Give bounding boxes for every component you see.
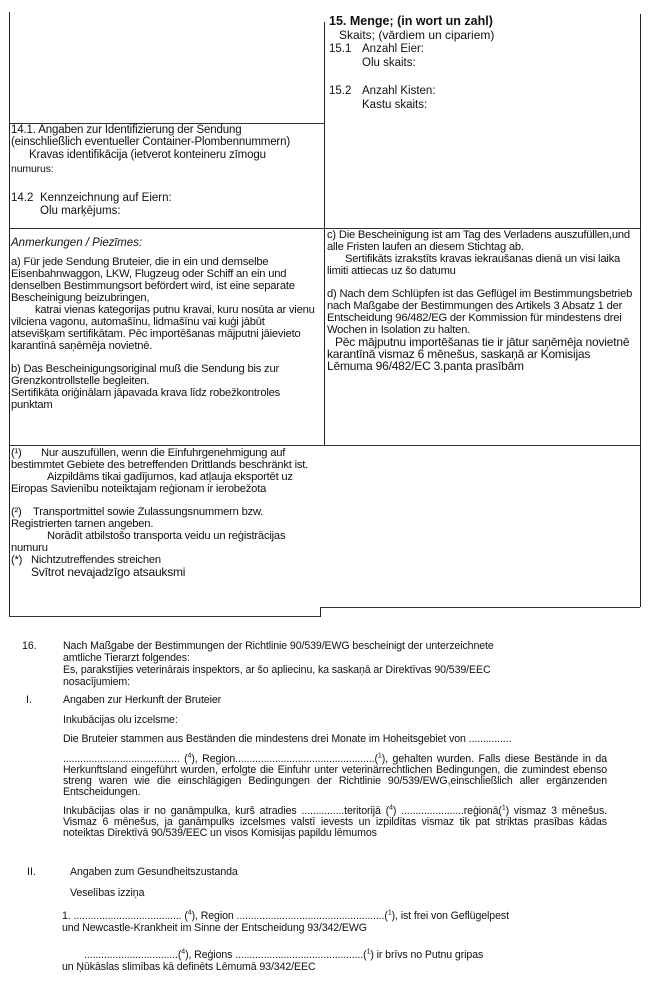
footnote-2-mark: (²)	[11, 506, 33, 518]
section-16-intro-de: Nach Maßgabe der Bestimmungen der Richtl…	[63, 640, 523, 664]
note-a-de: a) Für jede Sendung Bruteier, die in ein…	[11, 256, 321, 304]
part-2-health: Angaben zum Gesundheitszustanda Veselība…	[70, 866, 610, 899]
part-2-p2-text: ) ir brīvs no Putnu gripas	[370, 949, 483, 961]
footnote-1-mark: (¹)	[11, 447, 41, 459]
section-14-1-line2: (einschließlich eventueller Container-Pl…	[11, 136, 323, 148]
section-14-2-number: 14.2	[11, 192, 33, 204]
section-15-quantity: 15. Menge; (in wort un zahl) Skaits; (vā…	[329, 14, 629, 112]
section-14-1-line4: numurus:	[11, 162, 323, 177]
part-1-title-de: Angaben zur Herkunft der Bruteier	[63, 694, 607, 706]
table-footnote-right-join	[320, 607, 321, 617]
note-b-lv: Sertifikāta oriģinālam jāpavada krava lī…	[11, 387, 321, 411]
part-2-p1-line2: und Newcastle-Krankheit im Sinne der Ent…	[62, 922, 622, 934]
footnote-3-mark: (*)	[11, 554, 31, 566]
part-1-paragraph-de: ........................................…	[63, 754, 607, 798]
section-14-2-label-lv: Olu marķējums:	[40, 205, 121, 217]
section-16-intro: Nach Maßgabe der Bestimmungen der Richtl…	[63, 640, 603, 688]
part-1-title-lv: Inkubācijas olu izcelsme:	[63, 714, 607, 726]
part-2-p2-line1: .................................(4), Re…	[62, 949, 622, 961]
section-15-2-label-lv: Kastu skaits:	[362, 98, 427, 112]
section-15-1-label-de: Anzahl Eier:	[362, 42, 424, 56]
part-2-lv-blank-region: ), Reģions .............................…	[185, 949, 367, 961]
footnote-2-de: (²)Transportmittel sowie Zulassungsnumme…	[11, 506, 319, 530]
table-right-border	[640, 14, 641, 607]
section-15-2-label-de: Anzahl Kisten:	[362, 84, 436, 98]
notes-right-column: c) Die Bescheinigung ist am Tag des Verl…	[327, 229, 638, 372]
note-d-lv: Pēc mājputnu importēšanas tie ir jātur s…	[327, 336, 638, 372]
table-bottom-border-right	[320, 607, 640, 608]
footnote-1-de: (¹)Nur auszufüllen, wenn die Einfuhrgene…	[11, 447, 319, 471]
row-divider-footnotes	[9, 445, 641, 446]
section-15-title: 15. Menge; (in wort un zahl)	[329, 14, 629, 28]
section-15-subtitle: Skaits; (vārdiem un cipariem)	[329, 28, 629, 42]
section-16-intro-lv: Es, parakstījies veterinārais inspektors…	[63, 664, 523, 688]
section-15-1: 15.1 Anzahl Eier: Olu skaits:	[329, 42, 629, 70]
section-15-1-number: 15.1	[329, 42, 351, 56]
section-14-2-egg-marking: 14.2 Kennzeichnung auf Eiern: Olu marķēj…	[11, 192, 323, 222]
table-left-border	[9, 12, 10, 617]
part-2-title-lv: Veselības izziņa	[70, 887, 610, 899]
footnotes-block: (¹)Nur auszufüllen, wenn die Einfuhrgene…	[11, 447, 319, 579]
part-2-title-de: Angaben zum Gesundheitszustanda	[70, 866, 610, 878]
part-2-blank-country: 1. .....................................…	[62, 910, 188, 922]
part-2-blank-region: ), Region ..............................…	[192, 910, 388, 922]
footnote-1-lv: Aizpildāms tikai gadījumos, kad atļauja …	[11, 471, 319, 495]
part-2-statement-1: 1. .....................................…	[62, 910, 622, 973]
note-b-de: b) Das Bescheinigungsoriginal muß die Se…	[11, 363, 321, 387]
note-c-lv: Sertifikāts izrakstīts kravas iekraušana…	[327, 253, 638, 277]
section-14-1-consignment-id: 14.1. Angaben zur Identifizierung der Se…	[11, 125, 323, 177]
part-1-paragraph-lv: Inkubācijas olas ir no ganāmpulka, kurš …	[63, 806, 607, 839]
part-2-lv-blank-country: .................................(	[84, 949, 181, 961]
notes-left-column: Anmerkungen / Piezīmes: a) Für jede Send…	[11, 236, 321, 411]
section-15-2: 15.2 Anzahl Kisten: Kastu skaits:	[329, 84, 629, 112]
note-d-de: d) Nach dem Schlüpfen ist das Geflügel i…	[327, 288, 638, 336]
note-c-de: c) Die Bescheinigung ist am Tag des Verl…	[327, 229, 638, 253]
section-16-number: 16.	[22, 640, 37, 652]
part-2-p2-line2: un Ņūkāslas slimības kā definēts Lēmumā …	[62, 961, 622, 973]
part-2-p1-line1: 1. .....................................…	[62, 910, 622, 922]
footnote-3-lv: Svītrot nevajadzīgo atsauksmi	[11, 566, 319, 579]
section-15-2-number: 15.2	[329, 84, 351, 98]
section-14-2-label-de: Kennzeichnung auf Eiern:	[40, 192, 172, 204]
table-bottom-border-left	[9, 616, 320, 617]
part-2-p1-text: ), ist frei von Geflügelpest	[392, 910, 509, 922]
footnote-1-de-text: Nur auszufüllen, wenn die Einfuhrgenehmi…	[11, 447, 308, 471]
table-center-divider	[324, 22, 325, 445]
notes-heading: Anmerkungen / Piezīmes:	[11, 236, 321, 250]
section-15-1-label-lv: Olu skaits:	[362, 56, 416, 70]
part-1-origin: Angaben zur Herkunft der Bruteier Inkubā…	[63, 694, 607, 839]
section-14-1-line1: 14.1. Angaben zur Identifizierung der Se…	[11, 125, 323, 136]
note-a-lv: katrai vienas kategorijas putnu kravai, …	[11, 304, 321, 352]
part-2-number: II.	[27, 866, 36, 878]
footnote-2-lv: Norādīt atbilstošo transporta veidu un r…	[11, 530, 319, 554]
part-1-number: I.	[26, 694, 32, 706]
section-14-1-line3: Kravas identifikācija (ietverot konteine…	[11, 148, 323, 162]
footnote-2-de-text: Transportmittel sowie Zulassungsnummern …	[11, 506, 263, 530]
part-1-line1: Die Bruteier stammen aus Beständen die m…	[63, 733, 607, 745]
